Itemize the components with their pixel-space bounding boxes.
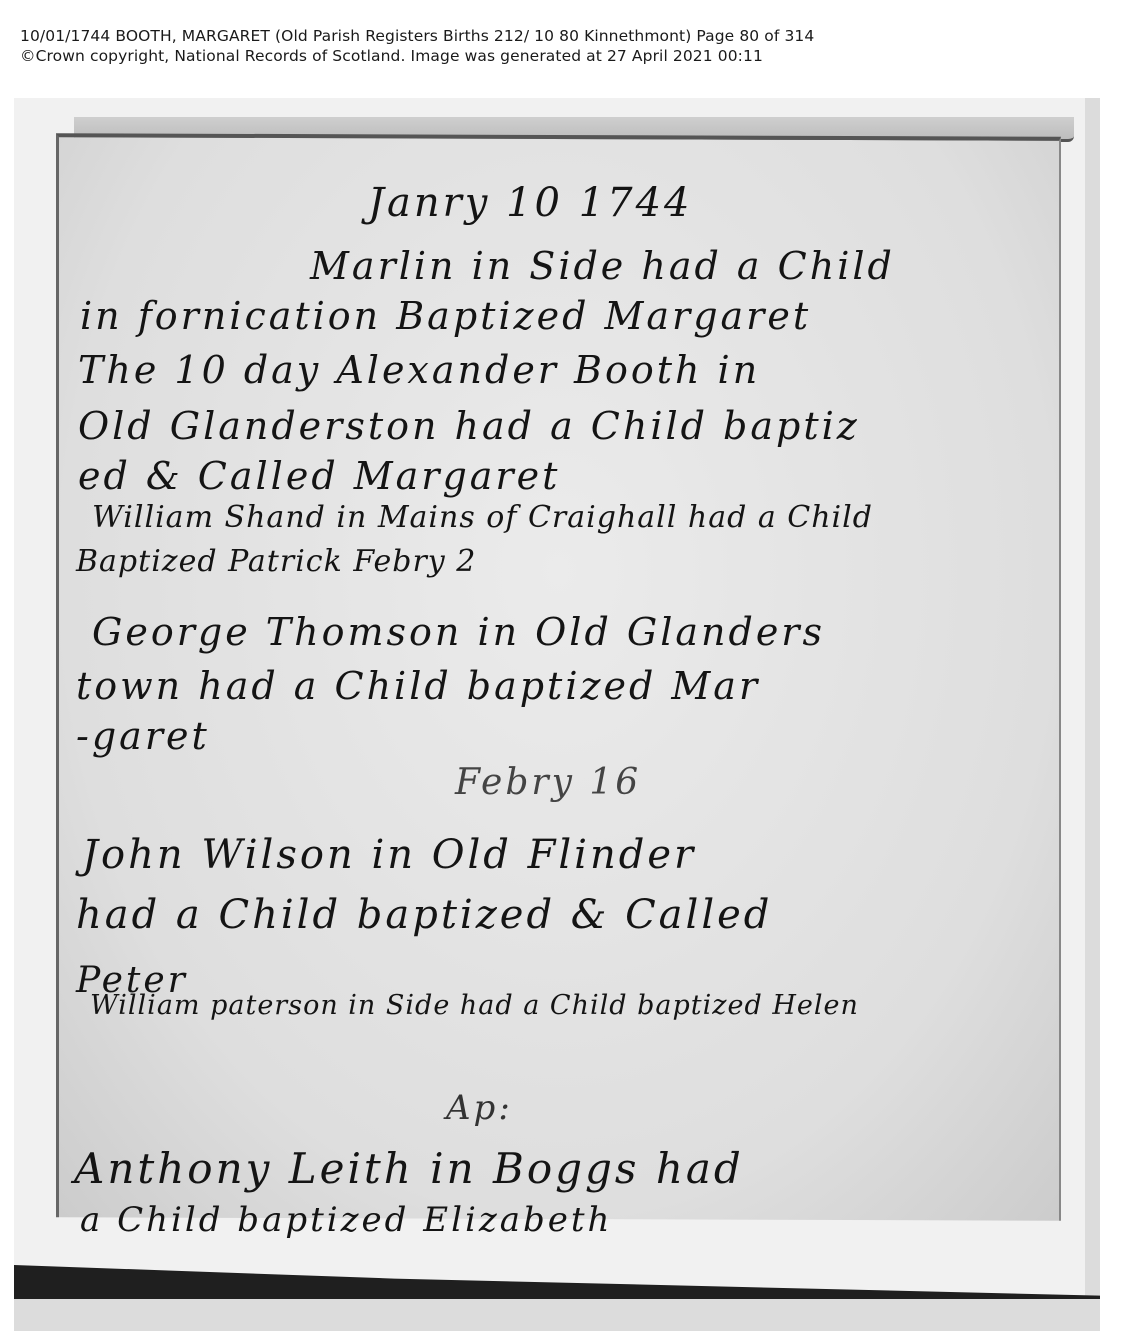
- date-heading: Janry 10 1744: [368, 180, 693, 226]
- handwritten-line: Marlin in Side had a Child: [310, 244, 895, 288]
- handwritten-line: Old Glanderston had a Child baptiz: [78, 404, 860, 448]
- record-title: 10/01/1744 BOOTH, MARGARET (Old Parish R…: [20, 26, 814, 46]
- handwritten-line: Anthony Leith in Boggs had: [74, 1144, 744, 1193]
- handwritten-line: The 10 day Alexander Booth in: [78, 348, 760, 392]
- handwritten-line: John Wilson in Old Flinder: [82, 832, 696, 878]
- copyright-notice: ©Crown copyright, National Records of Sc…: [20, 46, 814, 66]
- date-subheading: Ap:: [446, 1088, 513, 1128]
- handwritten-line: -garet: [76, 714, 210, 758]
- handwritten-line: Baptized Patrick Febry 2: [76, 544, 476, 579]
- date-subheading: Febry 16: [455, 762, 641, 803]
- handwritten-line: William Shand in Mains of Craighall had …: [92, 500, 873, 535]
- handwritten-line: in fornication Baptized Margaret: [80, 294, 811, 338]
- handwritten-line: a Child baptized Elizabeth: [80, 1200, 612, 1240]
- handwritten-line: William paterson in Side had a Child bap…: [90, 990, 859, 1021]
- handwritten-line: town had a Child baptized Mar: [76, 664, 760, 708]
- handwritten-line: George Thomson in Old Glanders: [92, 610, 825, 654]
- handwritten-line: ed & Called Margaret: [78, 454, 560, 498]
- record-header: 10/01/1744 BOOTH, MARGARET (Old Parish R…: [20, 26, 814, 66]
- handwritten-line: had a Child baptized & Called: [76, 892, 772, 938]
